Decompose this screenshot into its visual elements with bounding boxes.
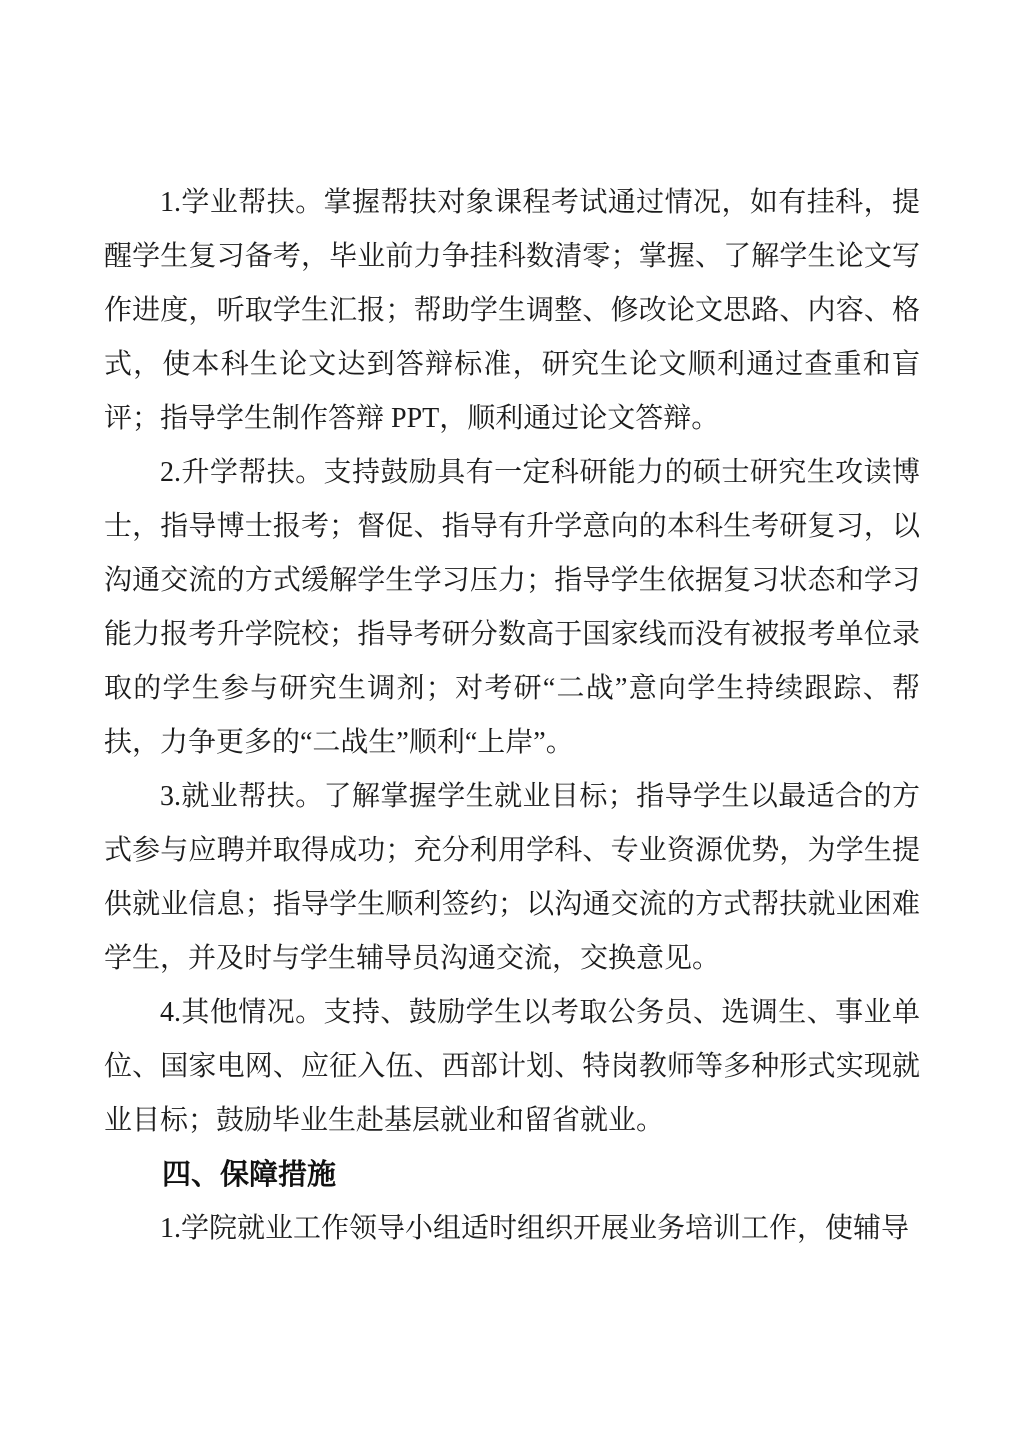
paragraph-academic-support: 1.学业帮扶。掌握帮扶对象课程考试通过情况，如有挂科，提醒学生复习备考，毕业前力… (104, 176, 920, 446)
section-heading-safeguard-measures: 四、保障措施 (104, 1148, 920, 1202)
paragraph-other-situations: 4.其他情况。支持、鼓励学生以考取公务员、选调生、事业单位、国家电网、应征入伍、… (104, 986, 920, 1148)
document-page: 1.学业帮扶。掌握帮扶对象课程考试通过情况，如有挂科，提醒学生复习备考，毕业前力… (0, 0, 1024, 1448)
paragraph-further-study-support: 2.升学帮扶。支持鼓励具有一定科研能力的硕士研究生攻读博士，指导博士报考；督促、… (104, 446, 920, 770)
document-body: 1.学业帮扶。掌握帮扶对象课程考试通过情况，如有挂科，提醒学生复习备考，毕业前力… (0, 0, 1024, 1256)
paragraph-employment-support: 3.就业帮扶。了解掌握学生就业目标；指导学生以最适合的方式参与应聘并取得成功；充… (104, 770, 920, 986)
paragraph-training-work: 1.学院就业工作领导小组适时组织开展业务培训工作，使辅导 (104, 1202, 920, 1256)
